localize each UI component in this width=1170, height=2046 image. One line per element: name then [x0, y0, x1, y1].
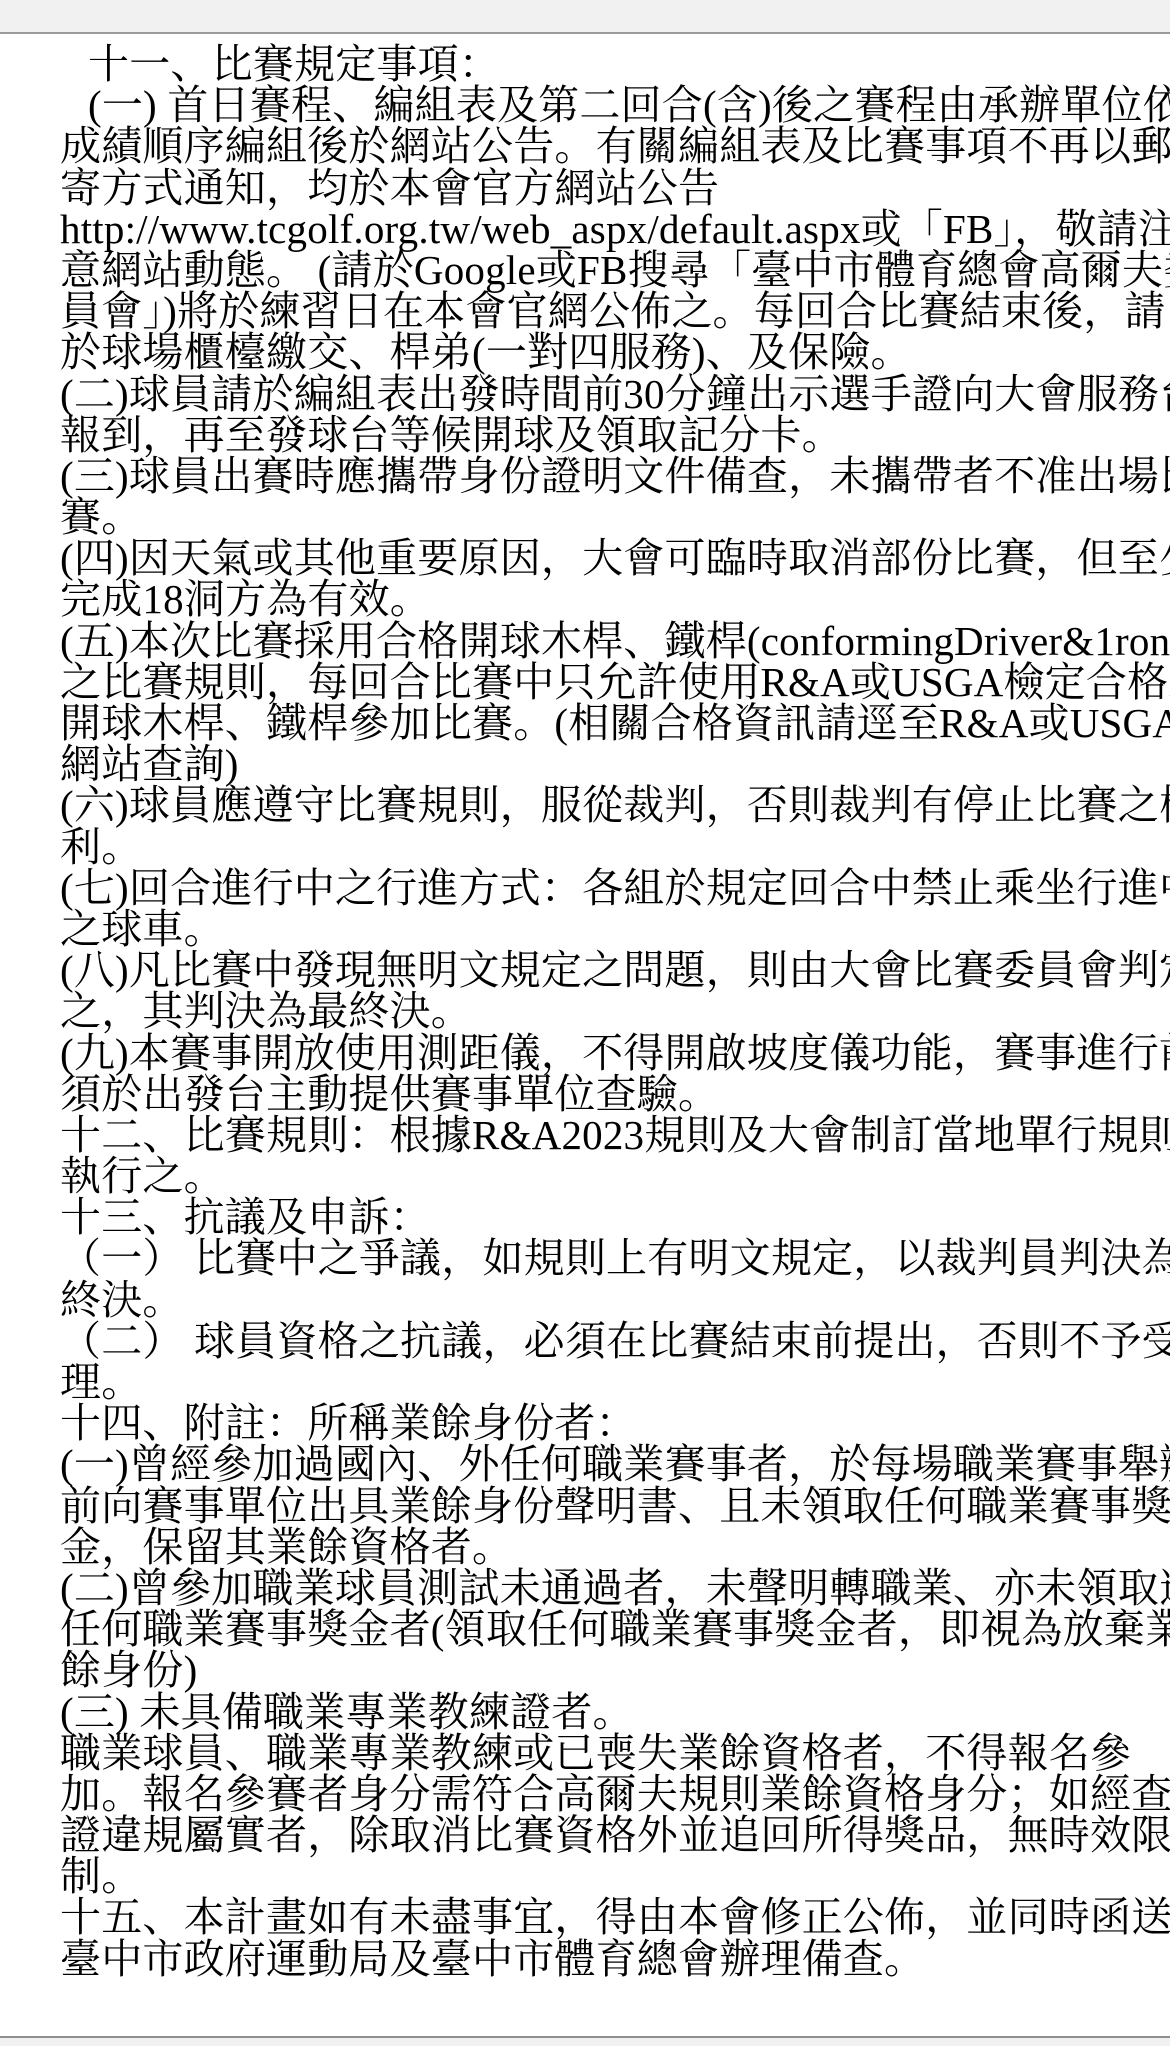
text-line: (八)凡比賽中發現無明文規定之問題，則由大會比賽委員會判定: [60, 950, 1140, 991]
text-line: 前向賽事單位出具業餘身份聲明書、且未領取任何職業賽事獎: [60, 1486, 1140, 1527]
text-line: 賽。: [60, 497, 1140, 538]
document-page: 十一、比賽規定事項： (一) 首日賽程、編組表及第二回合(含)後之賽程由承辦單位…: [0, 34, 1170, 2036]
text-line: (六)球員應遵守比賽規則，服從裁判，否則裁判有停止比賽之權: [60, 785, 1140, 826]
text-line: 終決。: [60, 1280, 1140, 1321]
text-line: 之，其判決為最終決。: [60, 991, 1140, 1032]
text-line: 加。報名參賽者身分需符合高爾夫規則業餘資格身分；如經查: [60, 1774, 1140, 1815]
text-line: 利。: [60, 827, 1140, 868]
text-line: (七)回合進行中之行進方式：各組於規定回合中禁止乘坐行進中: [60, 868, 1140, 909]
text-line: 任何職業賽事獎金者(領取任何職業賽事獎金者，即視為放棄業: [60, 1609, 1140, 1650]
text-line: (三)球員出賽時應攜帶身份證明文件備查，未攜帶者不准出場比: [60, 456, 1140, 497]
text-line: 制。: [60, 1856, 1140, 1897]
text-line: (四)因天氣或其他重要原因，大會可臨時取消部份比賽，但至少: [60, 538, 1140, 579]
text-line: 執行之。: [60, 1156, 1140, 1197]
text-line: 網站查詢): [60, 744, 1140, 785]
text-line: （一） 比賽中之爭議，如規則上有明文規定，以裁判員判決為: [60, 1238, 1140, 1279]
text-line: 之比賽規則，每回合比賽中只允許使用R&A或USGA檢定合格之: [60, 662, 1140, 703]
text-line: 於球場櫃檯繳交、桿弟(一對四服務)、及保險。: [60, 332, 1140, 373]
text-line: (三) 未具備職業專業教練證者。: [60, 1692, 1140, 1733]
text-line: 十一、比賽規定事項：: [60, 44, 1140, 85]
text-line: （二） 球員資格之抗議，必須在比賽結束前提出，否則不予受: [60, 1321, 1140, 1362]
text-line: 完成18洞方為有效。: [60, 579, 1140, 620]
text-line: 之球車。: [60, 909, 1140, 950]
text-line: (九)本賽事開放使用測距儀，不得開啟坡度儀功能，賽事進行前: [60, 1033, 1140, 1074]
text-line: 十三、抗議及申訴：: [60, 1197, 1140, 1238]
viewer-top-gutter: [0, 0, 1170, 34]
text-line: 職業球員、職業專業教練或已喪失業餘資格者，不得報名參: [60, 1733, 1140, 1774]
text-line: (二)曾參加職業球員測試未通過者，未聲明轉職業、亦未領取過: [60, 1568, 1140, 1609]
text-line: 臺中市政府運動局及臺中市體育總會辦理備查。: [60, 1939, 1140, 1980]
text-line: 十四、附註：所稱業餘身份者：: [60, 1403, 1140, 1444]
text-line: 意網站動態。 (請於Google或FB搜尋「臺中市體育總會高爾夫委: [60, 250, 1140, 291]
text-line: 理。: [60, 1362, 1140, 1403]
text-line: 寄方式通知，均於本會官方網站公告: [60, 168, 1140, 209]
text-line: 須於出發台主動提供賽事單位查驗。: [60, 1074, 1140, 1115]
text-line: (五)本次比賽採用合格開球木桿、鐵桿(conformingDriver&1ron…: [60, 621, 1140, 662]
text-line: 餘身份): [60, 1650, 1140, 1691]
text-line: (一) 首日賽程、編組表及第二回合(含)後之賽程由承辦單位依據: [60, 85, 1140, 126]
viewer-bottom-gutter: [0, 2036, 1170, 2046]
text-line: 證違規屬實者，除取消比賽資格外並追回所得獎品，無時效限: [60, 1815, 1140, 1856]
text-line: (一)曾經參加過國內、外任何職業賽事者，於每場職業賽事舉辦: [60, 1444, 1140, 1485]
text-line: 十五、本計畫如有未盡事宜，得由本會修正公佈，並同時函送: [60, 1897, 1140, 1938]
text-line: 十二、比賽規則：根據R&A2023規則及大會制訂當地單行規則: [60, 1115, 1140, 1156]
text-line: 報到，再至發球台等候開球及領取記分卡。: [60, 415, 1140, 456]
text-line: 開球木桿、鐵桿參加比賽。(相關合格資訊請逕至R&A或USGA: [60, 703, 1140, 744]
text-line: 員會」)將於練習日在本會官網公佈之。每回合比賽結束後，請: [60, 291, 1140, 332]
text-line: http://www.tcgolf.org.tw/web_aspx/defaul…: [60, 209, 1140, 250]
text-line: (二)球員請於編組表出發時間前30分鐘出示選手證向大會服務台: [60, 374, 1140, 415]
text-line: 金，保留其業餘資格者。: [60, 1527, 1140, 1568]
text-line: 成績順序編組後於網站公告。有關編組表及比賽事項不再以郵: [60, 126, 1140, 167]
